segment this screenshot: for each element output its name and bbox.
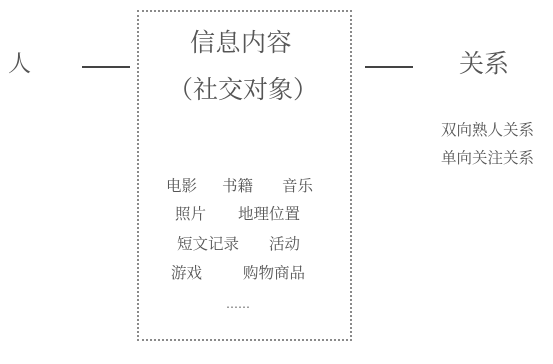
content-relation-connector [365,66,413,68]
person-node: 人 [8,52,31,76]
content-item-short-posts: 短文记录 [177,235,239,253]
content-item-games: 游戏 [171,264,202,282]
content-box [137,10,352,341]
content-subtitle: （社交对象） [168,76,318,104]
person-content-connector [82,66,130,68]
content-item-shopping: 购物商品 [243,264,305,282]
content-ellipsis: …… [226,297,250,311]
content-item-events: 活动 [269,235,300,253]
content-item-movie: 电影 [166,177,197,195]
content-title: 信息内容 [190,29,292,57]
relation-type-follow: 单向关注关系 [441,149,534,167]
content-item-books: 书籍 [222,177,253,195]
content-item-music: 音乐 [282,177,313,195]
content-item-photos: 照片 [175,205,206,223]
relation-node: 关系 [459,50,509,78]
relation-type-mutual: 双向熟人关系 [441,121,534,139]
content-item-location: 地理位置 [238,205,300,223]
